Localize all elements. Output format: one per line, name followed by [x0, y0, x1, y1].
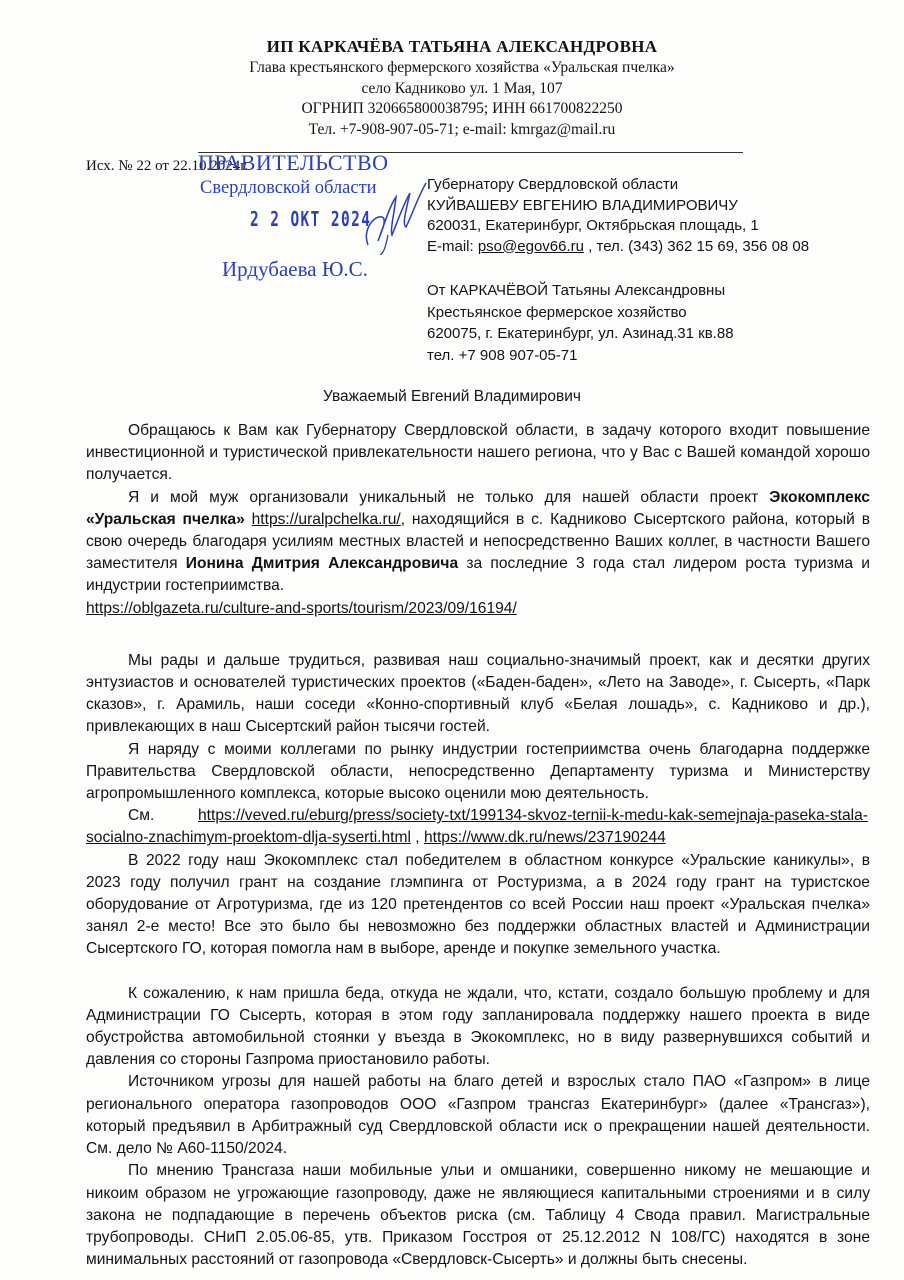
paragraph-1: Обращаюсь к Вам как Губернатору Свердлов… [86, 420, 870, 487]
addressee-title: Губернатору Свердловской области [427, 175, 809, 196]
sender-block: От КАРКАЧЁВОЙ Татьяны Александровны Крес… [427, 280, 734, 366]
stamp-title: ПРАВИТЕЛЬСТВО [198, 150, 389, 176]
letterhead-contacts: Тел. +7-908-907-05-71; e-mail: kmrgaz@ma… [20, 120, 904, 141]
stamp-receiver: Ирдубаева Ю.С. [222, 257, 368, 282]
stamp-date: 2 2 ОКТ 2024 [250, 207, 371, 231]
dk-link[interactable]: https://www.dk.ru/news/237190244 [424, 829, 666, 846]
sender-organization: Крестьянское фермерское хозяйство [427, 302, 734, 324]
paragraph-7: Источником угрозы для нашей работы на бл… [86, 1071, 870, 1160]
addressee-name: КУЙВАШЕВУ ЕВГЕНИЮ ВЛАДИМИРОВИЧУ [427, 196, 809, 217]
addressee-email-link[interactable]: pso@egov66.ru [478, 238, 584, 255]
addressee-address: 620031, Екатеринбург, Октябрьская площад… [427, 216, 809, 237]
paragraph-4: Я наряду с моими коллегами по рынку инду… [86, 739, 870, 806]
uralpchelka-link[interactable]: https://uralpchelka.ru/ [252, 511, 401, 528]
letterhead-address: село Кадниково ул. 1 Мая, 107 [20, 79, 904, 100]
letterhead-title: ИП КАРКАЧЁВА ТАТЬЯНА АЛЕКСАНДРОВНА [20, 36, 904, 58]
letterhead: ИП КАРКАЧЁВА ТАТЬЯНА АЛЕКСАНДРОВНА Глава… [0, 36, 904, 140]
salutation: Уважаемый Евгений Владимирович [0, 388, 904, 406]
paragraph-2: Я и мой муж организовали уникальный не т… [86, 487, 870, 598]
paragraph-2-link: https://oblgazeta.ru/culture-and-sports/… [86, 598, 870, 620]
addressee-block: Губернатору Свердловской области КУЙВАШЕ… [427, 175, 809, 257]
stamp-region: Свердловской области [200, 178, 377, 199]
oblgazeta-link[interactable]: https://oblgazeta.ru/culture-and-sports/… [86, 600, 517, 617]
paragraph-5: В 2022 году наш Экокомплекс стал победит… [86, 850, 870, 961]
sender-phone: тел. +7 908 907-05-71 [427, 345, 734, 367]
letterhead-role: Глава крестьянского фермерского хозяйств… [20, 58, 904, 79]
sender-address: 620075, г. Екатеринбург, ул. Азинад.31 к… [427, 323, 734, 345]
sender-name: От КАРКАЧЁВОЙ Татьяны Александровны [427, 280, 734, 302]
addressee-contacts: E-mail: pso@egov66.ru , тел. (343) 362 1… [427, 237, 809, 258]
letterhead-registration: ОГРНИП 320665800038795; ИНН 661700822250 [20, 99, 904, 120]
see-links: См.https://veved.ru/eburg/press/society-… [86, 805, 870, 849]
paragraph-3: Мы рады и дальше трудиться, развивая наш… [86, 650, 870, 739]
signature-icon [360, 175, 430, 255]
letter-body: Обращаюсь к Вам как Губернатору Свердлов… [86, 420, 870, 1271]
paragraph-8: По мнению Трансгаза наши мобильные ульи … [86, 1160, 870, 1271]
paragraph-6: К сожалению, к нам пришла беда, откуда н… [86, 983, 870, 1072]
